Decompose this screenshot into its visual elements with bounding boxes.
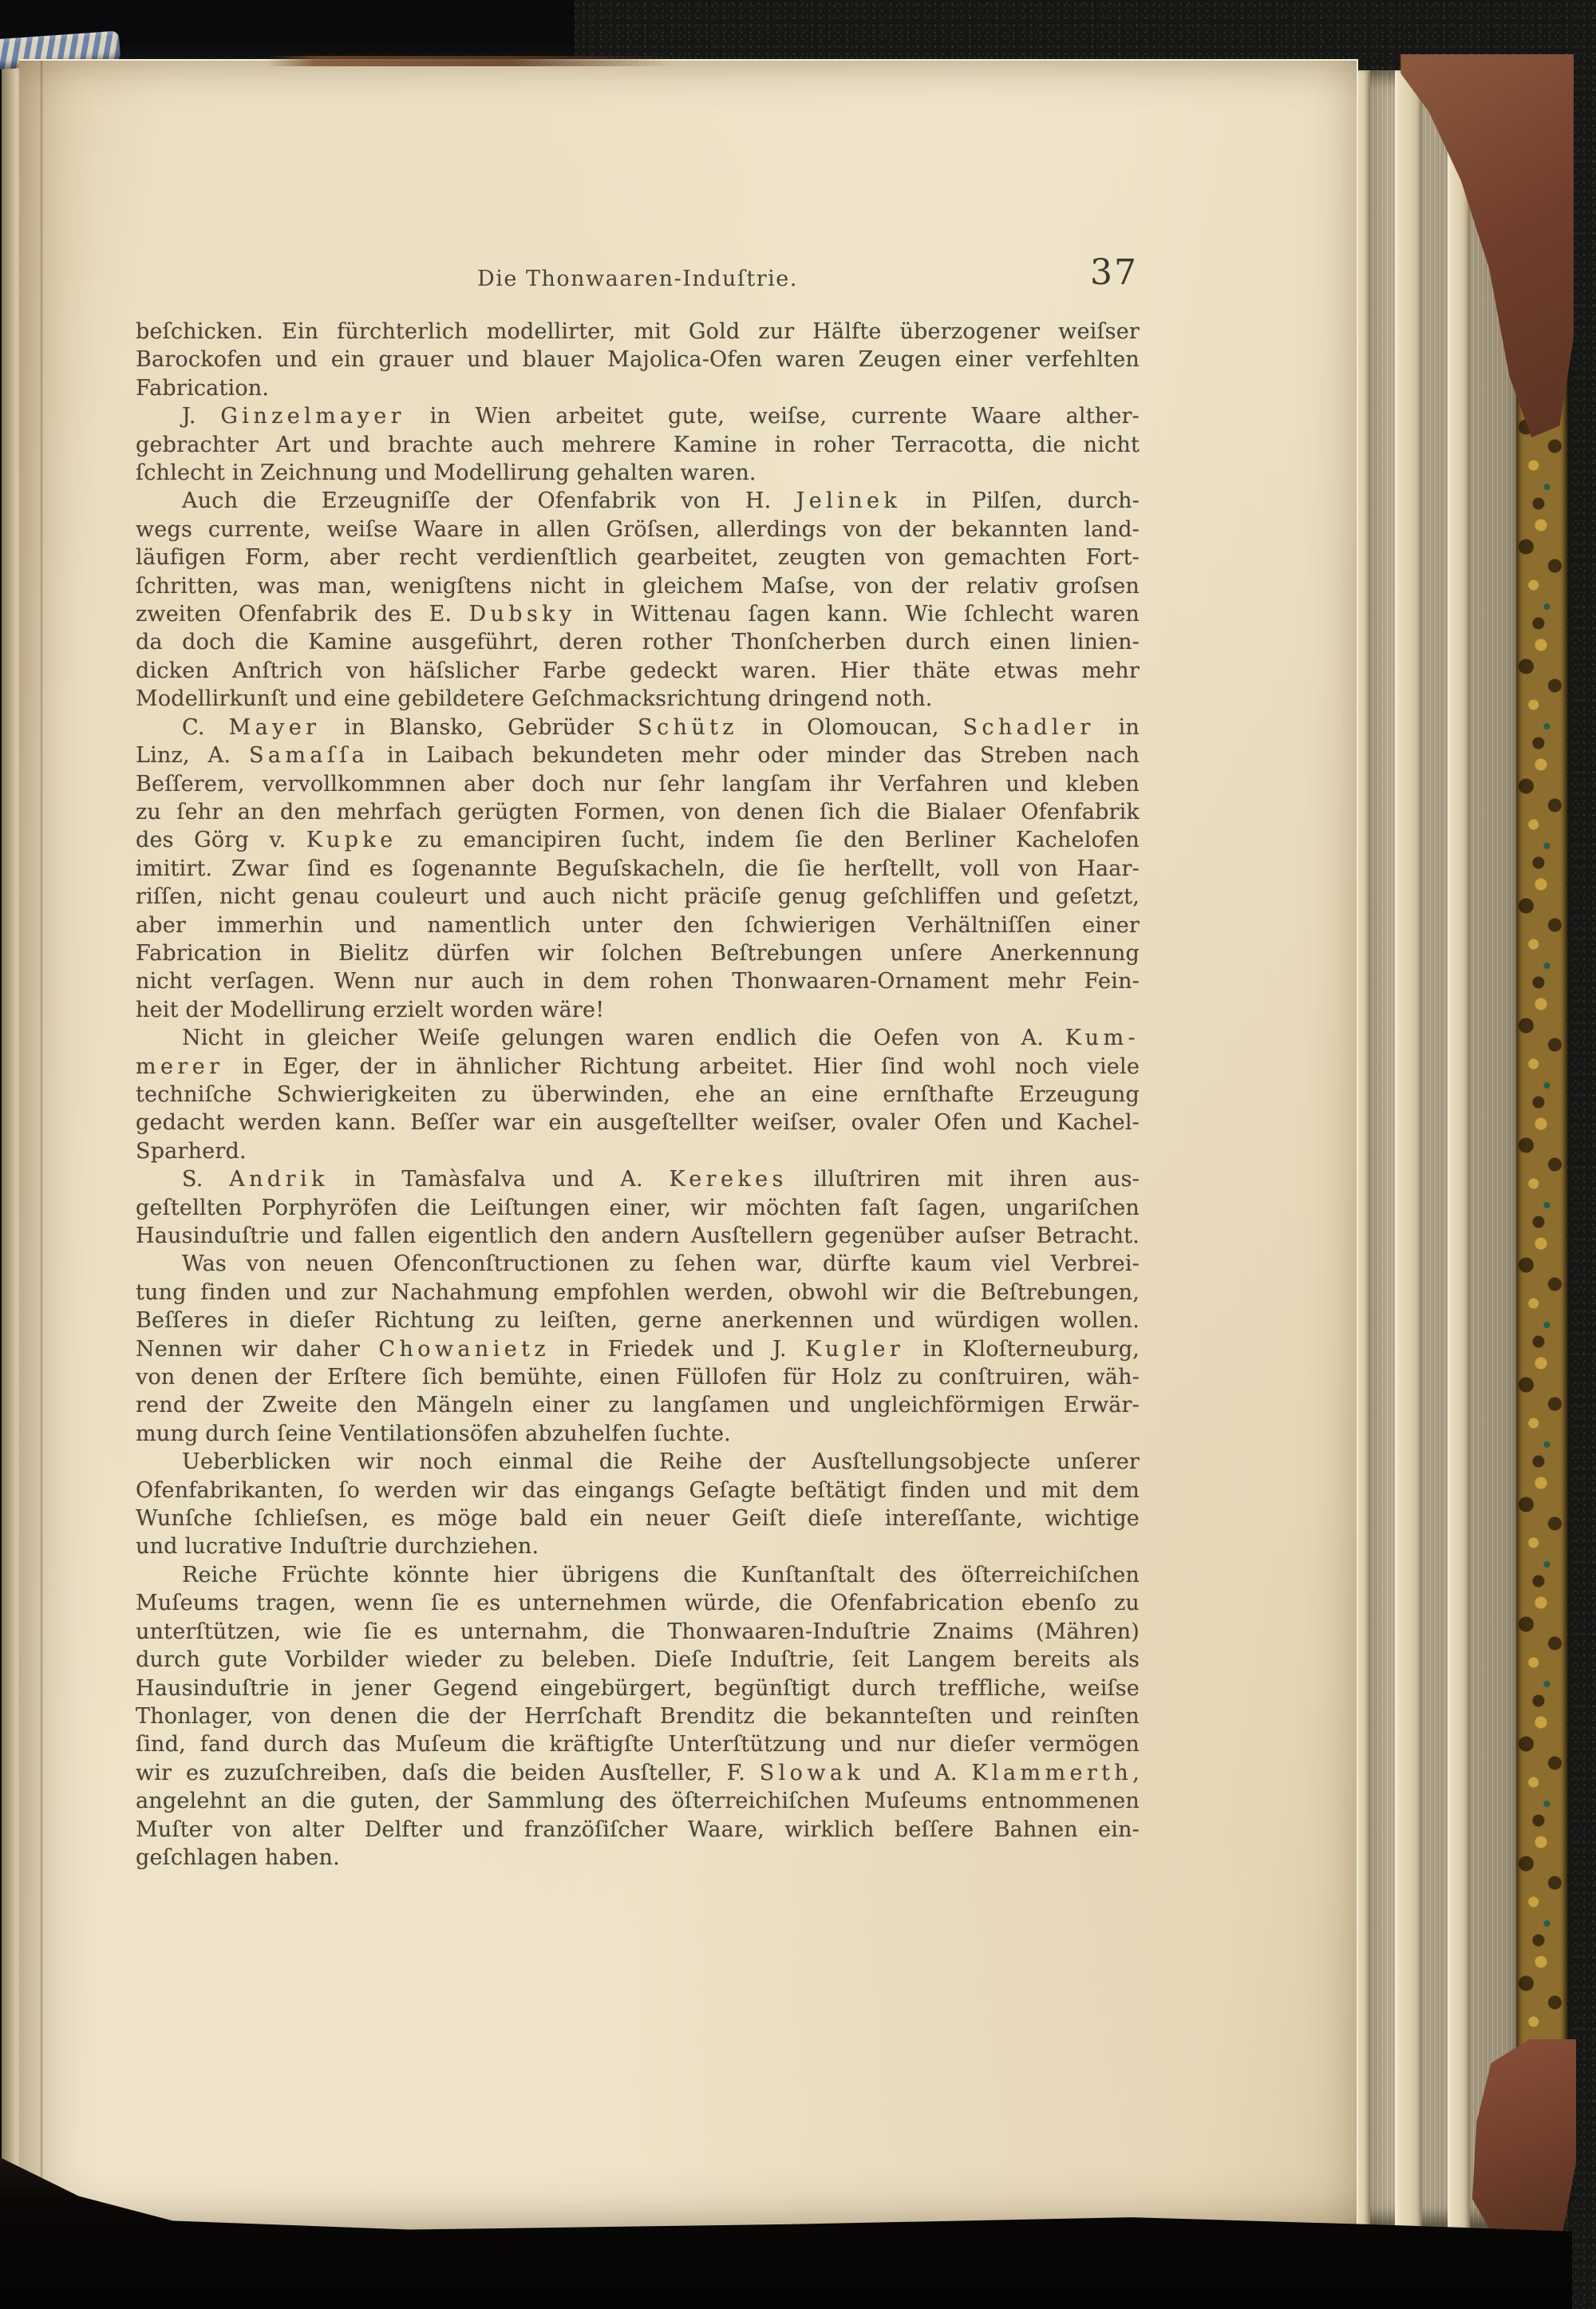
spaced-name: Kupke: [306, 828, 397, 852]
spaced-name: Ginzelmayer: [220, 404, 405, 429]
text-line: Ofenfabrikanten, ſo werden wir das einga…: [136, 1477, 1140, 1504]
top-leather-streak: [267, 56, 674, 66]
text-line: des Görg v. Kupke zu emancipiren ſucht, …: [136, 826, 1140, 854]
spaced-name: Samaſſa: [249, 743, 369, 768]
text-line: dicken Anſtrich von häſslicher Farbe ged…: [136, 657, 1140, 685]
spaced-name: Kerekes: [669, 1167, 787, 1192]
text-line: Linz, A. Samaſſa in Laibach bekundeten m…: [136, 741, 1140, 769]
spaced-name: Kum-: [1065, 1026, 1140, 1050]
spaced-name: Mayer: [229, 715, 321, 740]
text-line: C. Mayer in Blansko, Gebrüder Schütz in …: [136, 714, 1140, 741]
page-gutter-crease: [40, 61, 43, 2230]
page-text: beſchicken. Ein fürchterlich modellirter…: [136, 318, 1140, 1872]
text-line: S. Andrik in Tamàsfalva und A. Kerekes i…: [136, 1165, 1140, 1193]
text-line: da doch die Kamine ausgeführt, deren rot…: [136, 628, 1140, 656]
text-line: merer in Eger, der in ähnlicher Richtung…: [136, 1053, 1140, 1081]
text-line: Modellirkunſt und eine gebildetere Geſch…: [136, 685, 1140, 713]
spaced-name: Schadler: [963, 715, 1095, 740]
book-page: Die Thonwaaren-Induſtrie. 37 beſchicken.…: [19, 59, 1358, 2230]
paragraph: Reiche Früchte könnte hier übrigens die …: [136, 1561, 1140, 1872]
spaced-name: Schütz: [638, 715, 738, 740]
text-line: Beſſeres in dieſer Richtung zu leiſten, …: [136, 1307, 1140, 1334]
spaced-name: Kugler: [805, 1337, 904, 1362]
spaced-name: Dubsky: [468, 602, 575, 627]
text-line: Muſter von alter Delfter und franzöſiſch…: [136, 1816, 1140, 1844]
text-line: von denen der Erſtere ſich bemühte, eine…: [136, 1363, 1140, 1391]
text-line: Was von neuen Ofenconſtructionen zu ſehe…: [136, 1250, 1140, 1278]
text-line: imitirt. Zwar ſind es ſogenannte Beguſsk…: [136, 855, 1140, 883]
page-number: 37: [1090, 252, 1138, 293]
text-line: rend der Zweite den Mängeln einer zu lan…: [136, 1391, 1140, 1419]
text-line: ſchlecht in Zeichnung und Modellirung ge…: [136, 459, 1140, 487]
text-line: ſind, fand durch das Muſeum die kräftigſ…: [136, 1730, 1140, 1758]
text-line: gedacht werden kann. Beſſer war ein ausg…: [136, 1109, 1140, 1137]
text-line: zu ſehr an den mehrfach gerügten Formen,…: [136, 798, 1140, 826]
scan-background: Die Thonwaaren-Induſtrie. 37 beſchicken.…: [0, 0, 1596, 2309]
spaced-name: Slowak: [760, 1761, 864, 1785]
text-line: Fabrication.: [136, 374, 1140, 402]
text-line: Nicht in gleicher Weiſe gelungen waren e…: [136, 1024, 1140, 1052]
text-line: durch gute Vorbilder wieder zu beleben. …: [136, 1646, 1140, 1674]
text-line: wir es zuzuſchreiben, daſs die beiden Au…: [136, 1759, 1140, 1787]
text-line: geſchlagen haben.: [136, 1844, 1140, 1872]
text-line: angelehnt an die guten, der Sammlung des…: [136, 1787, 1140, 1815]
text-line: geſtellten Porphyröfen die Leiſtungen ei…: [136, 1194, 1140, 1222]
text-line: ſchritten, was man, wenigſtens nicht in …: [136, 572, 1140, 600]
page-header: Die Thonwaaren-Induſtrie. 37: [136, 262, 1140, 310]
text-line: Wunſche ſchlieſsen, es möge bald ein neu…: [136, 1504, 1140, 1532]
fore-edge-band: [1448, 70, 1470, 2228]
paragraph: Auch die Erzeugniſſe der Ofenfabrik von …: [136, 487, 1140, 713]
text-line: beſchicken. Ein fürchterlich modellirter…: [136, 318, 1140, 346]
paragraph: J. Ginzelmayer in Wien arbeitet gute, we…: [136, 402, 1140, 487]
text-line: Nennen wir daher Chowanietz in Friedek u…: [136, 1335, 1140, 1363]
spaced-name: Chowanietz: [378, 1337, 550, 1362]
text-line: techniſche Schwierigkeiten zu überwinden…: [136, 1081, 1140, 1109]
text-line: läufigen Form, aber recht verdienſtlich …: [136, 544, 1140, 571]
text-line: Barockofen und ein grauer und blauer Maj…: [136, 346, 1140, 374]
text-line: Thonlager, von denen die der Herrſchaft …: [136, 1702, 1140, 1730]
text-line: Hausinduſtrie in jener Gegend eingebürge…: [136, 1674, 1140, 1702]
text-line: aber immerhin und namentlich unter den ſ…: [136, 911, 1140, 939]
spaced-name: Andrik: [229, 1167, 328, 1192]
text-line: unterſtützen, wie ſie es unternahm, die …: [136, 1618, 1140, 1646]
text-line: Ueberblicken wir noch einmal die Reihe d…: [136, 1448, 1140, 1476]
spaced-name: merer: [136, 1054, 223, 1079]
paragraph: Was von neuen Ofenconſtructionen zu ſehe…: [136, 1250, 1140, 1448]
paragraph: Nicht in gleicher Weiſe gelungen waren e…: [136, 1024, 1140, 1165]
text-line: Muſeums tragen, wenn ſie es unternehmen …: [136, 1589, 1140, 1617]
text-line: Sparherd.: [136, 1137, 1140, 1165]
marbled-cover-edge: [1516, 271, 1567, 2219]
text-line: nicht verſagen. Wenn nur auch in dem roh…: [136, 967, 1140, 995]
text-line: Fabrication in Bielitz dürfen wir ſolche…: [136, 939, 1140, 967]
text-line: Auch die Erzeugniſſe der Ofenfabrik von …: [136, 487, 1140, 515]
text-line: tung finden und zur Nachahmung empfohlen…: [136, 1279, 1140, 1307]
paragraph: S. Andrik in Tamàsfalva und A. Kerekes i…: [136, 1165, 1140, 1250]
spaced-name: Jelinek: [796, 488, 902, 513]
text-line: Reiche Früchte könnte hier übrigens die …: [136, 1561, 1140, 1589]
text-line: riſſen, nicht genau couleurt und auch ni…: [136, 883, 1140, 911]
spaced-name: Klammerth: [971, 1761, 1132, 1785]
text-line: Hausinduſtrie und fallen eigentlich den …: [136, 1222, 1140, 1250]
text-line: wegs currente, weiſse Waare in allen Grö…: [136, 516, 1140, 544]
text-line: J. Ginzelmayer in Wien arbeitet gute, we…: [136, 402, 1140, 430]
paragraph: C. Mayer in Blansko, Gebrüder Schütz in …: [136, 714, 1140, 1024]
running-title: Die Thonwaaren-Induſtrie.: [136, 267, 1140, 291]
paragraph: Ueberblicken wir noch einmal die Reihe d…: [136, 1448, 1140, 1561]
text-line: Beſſerem, vervollkommnen aber doch nur ſ…: [136, 770, 1140, 798]
text-line: und lucrative Induſtrie durchziehen.: [136, 1532, 1140, 1560]
text-line: zweiten Ofenfabrik des E. Dubsky in Witt…: [136, 600, 1140, 628]
paragraph: beſchicken. Ein fürchterlich modellirter…: [136, 318, 1140, 402]
fore-edge-band: [1395, 70, 1422, 2228]
text-line: heit der Modellirung erzielt worden wäre…: [136, 996, 1140, 1024]
book-fore-edge: [1349, 70, 1523, 2228]
text-line: gebrachter Art und brachte auch mehrere …: [136, 431, 1140, 459]
text-line: mung durch ſeine Ventilationsöfen abzuhe…: [136, 1420, 1140, 1448]
